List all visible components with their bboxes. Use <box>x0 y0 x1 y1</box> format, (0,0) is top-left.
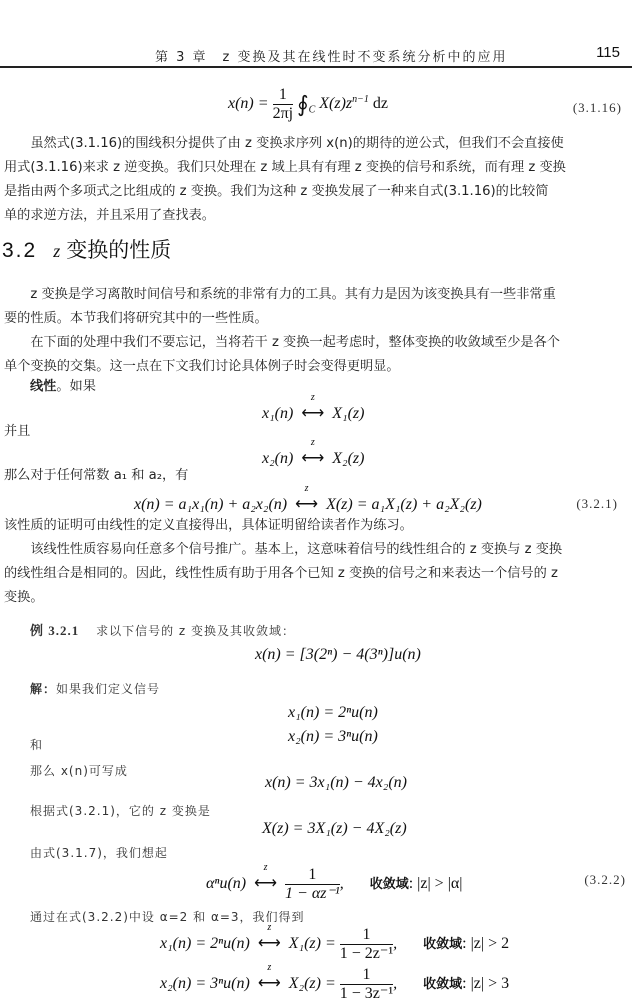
result1-mid: X₁(z) = <box>289 935 340 952</box>
solution-intro-text: 如果我们定义信号 <box>56 682 160 696</box>
recall-text: 由式(3.1.7)，我们想起 <box>30 844 168 861</box>
arrow-z-label: z <box>264 862 268 873</box>
eq-dz: dz <box>369 95 388 112</box>
X-combination: X(z) = 3X₁(z) − 4X₂(z) <box>262 820 407 838</box>
equation-3-2-1: x(n) = a₁x₁(n) + a₂x₂(n) ⟷z X(z) = a₁X₁(… <box>134 494 482 514</box>
solution-intro: 解：如果我们定义信号 <box>30 680 160 697</box>
equation-label-3-2-2: (3.2.2) <box>584 872 626 888</box>
by-eq-text: 根据式(3.2.1)，它的 z 变换是 <box>30 802 211 819</box>
result-1: x₁(n) = 2ⁿu(n) ⟷z X₁(z) = 1 1 − 2z⁻¹ , 收… <box>160 926 509 963</box>
example-signal: x(n) = [3(2ⁿ) − 4(3ⁿ)]u(n) <box>255 646 421 664</box>
solution-label: 解： <box>30 682 56 696</box>
z-transform-arrow-icon: ⟷z <box>295 494 318 514</box>
pair1-rhs: X₁(z) <box>332 405 364 422</box>
paragraph-line: 用式(3.1.16)来求 z 逆变换。我们只处理在 z 域上具有有理 z 变换的… <box>4 156 566 180</box>
running-header-chapter-title: 第 3 章 z 变换及其在线性时不变系统分析中的应用 <box>155 46 508 65</box>
eq-exponent: n−1 <box>352 94 369 105</box>
generalize-paragraph: 该线性性质容易向任意多个信号推广。基本上，这意味着信号的线性组合的 z 变换与 … <box>4 538 562 610</box>
page-number: 115 <box>596 44 620 61</box>
arrow-z-label: z <box>267 922 271 933</box>
roc-label: 收敛域 <box>370 877 409 892</box>
fraction-numerator: 1 <box>273 86 294 105</box>
then-text-2: 那么 x(n)可写成 <box>30 762 128 779</box>
arrow-z-label: z <box>267 962 271 973</box>
pair1-lhs: x₁(n) <box>262 405 293 422</box>
z-transform-arrow-icon: ⟷z <box>254 873 277 893</box>
arrow-z-label: z <box>305 483 309 494</box>
linearity-if: 。如果 <box>56 379 96 394</box>
eq-3-2-1-lhs: x(n) = a₁x₁(n) + a₂x₂(n) <box>134 496 287 513</box>
z-transform-arrow-icon: ⟷z <box>258 973 281 993</box>
paragraph-line: z 变换是学习离散时间信号和系统的非常有力的工具。其有力是因为该变换具有一些非常… <box>4 283 560 307</box>
general-pair-lhs: αⁿu(n) <box>206 875 246 892</box>
fraction-denominator: 1 − αz⁻¹ <box>285 885 340 903</box>
section-number: 3.2 <box>2 239 37 262</box>
then-text: 那么对于任何常数 a₁ 和 a₂，有 <box>4 464 188 488</box>
equation-label-3-2-1: (3.2.1) <box>576 496 618 512</box>
proof-text: 该性质的证明可由线性的定义直接得出，具体证明留给读者作为练习。 <box>4 514 413 538</box>
pair2-lhs: x₂(n) <box>262 450 293 467</box>
equation-label-3-1-16: (3.1.16) <box>573 100 622 116</box>
result2-mid: X₂(z) = <box>289 975 340 992</box>
z-transform-arrow-icon: ⟷z <box>258 933 281 953</box>
section-z: z <box>53 241 60 261</box>
arrow-z-label: z <box>311 392 315 403</box>
pair2-rhs: X₂(z) <box>332 450 364 467</box>
fraction-numerator: 1 <box>340 966 393 985</box>
result1-roc: : |z| > 2 <box>462 935 509 952</box>
header-rule <box>0 66 632 68</box>
eq-3-2-1-rhs: X(z) = a₁X₁(z) + a₂X₂(z) <box>326 496 482 513</box>
pair-2: x₂(n) ⟷z X₂(z) <box>262 448 364 468</box>
fraction-denominator: 1 − 2z⁻¹ <box>340 945 393 963</box>
section-title-text: 变换的性质 <box>66 238 171 262</box>
section-heading: 3.2z变换的性质 <box>2 234 171 264</box>
result2-lhs: x₂(n) = 3ⁿu(n) <box>160 975 250 992</box>
paragraph-line: 要的性质。本节我们将研究其中的一些性质。 <box>4 307 560 331</box>
paragraph-line: 是指由两个多项式之比组成的 z 变换。我们为这种 z 变换发展了一种来自式(3.… <box>4 180 566 204</box>
example-prompt: 求以下信号的 z 变换及其收敛域： <box>96 624 295 638</box>
fraction-denominator: 2πj <box>273 105 294 123</box>
example-heading: 例 3.2.1 求以下信号的 z 变换及其收敛域： <box>30 620 295 639</box>
paragraph-line: 变换。 <box>4 586 562 610</box>
general-pair: αⁿu(n) ⟷z 1 1 − αz⁻¹ , 收敛域: |z| > |α| <box>206 866 462 903</box>
paragraph-line: 该线性性质容易向任意多个信号推广。基本上，这意味着信号的线性组合的 z 变换与 … <box>4 538 562 562</box>
z-transform-arrow-icon: ⟷z <box>301 403 324 423</box>
paragraph-line: 的线性组合是相同的。因此，线性性质有助于用各个已知 z 变换的信号之和来表达一个… <box>4 562 562 586</box>
example-label: 例 3.2.1 <box>30 623 79 638</box>
fraction: 1 2πj <box>273 86 294 123</box>
contour-label: C <box>309 104 316 115</box>
section-intro-paragraphs: z 变换是学习离散时间信号和系统的非常有力的工具。其有力是因为该变换具有一些非常… <box>4 283 560 379</box>
z-transform-arrow-icon: ⟷z <box>301 448 324 468</box>
equation-3-1-16: x(n) = 1 2πj ∮C X(z)zn−1 dz <box>228 86 388 123</box>
and-text: 并且 <box>4 420 30 444</box>
pair-1: x₁(n) ⟷z X₁(z) <box>262 403 364 423</box>
fraction: 1 1 − 2z⁻¹ <box>340 926 393 963</box>
general-roc: : |z| > |α| <box>409 875 463 892</box>
contour-integral-icon: ∮ <box>297 92 308 117</box>
linearity-heading: 线性 <box>30 379 56 394</box>
result1-lhs: x₁(n) = 2ⁿu(n) <box>160 935 250 952</box>
x2-definition: x₂(n) = 3ⁿu(n) <box>288 728 378 746</box>
x-combination: x(n) = 3x₁(n) − 4x₂(n) <box>265 774 407 792</box>
paragraph-line: 虽然式(3.1.16)的围线积分提供了由 z 变换求序列 x(n)的期待的逆公式… <box>4 132 566 156</box>
x1-definition: x₁(n) = 2ⁿu(n) <box>288 704 378 722</box>
roc-label: 收敛域 <box>423 977 462 992</box>
result2-roc: : |z| > 3 <box>462 975 509 992</box>
roc-label: 收敛域 <box>423 937 462 952</box>
linearity-intro: 线性。如果 <box>30 375 96 399</box>
result-2: x₂(n) = 3ⁿu(n) ⟷z X₂(z) = 1 1 − 3z⁻¹ , 收… <box>160 966 509 1003</box>
fraction-numerator: 1 <box>285 866 340 885</box>
fraction-numerator: 1 <box>340 926 393 945</box>
arrow-z-label: z <box>311 437 315 448</box>
setting-text: 通过在式(3.2.2)中设 α=2 和 α=3，我们得到 <box>30 908 305 925</box>
fraction-denominator: 1 − 3z⁻¹ <box>340 985 393 1003</box>
eq-lhs: x(n) = <box>228 95 273 112</box>
and-text-2: 和 <box>30 736 43 753</box>
intro-paragraph: 虽然式(3.1.16)的围线积分提供了由 z 变换求序列 x(n)的期待的逆公式… <box>4 132 566 228</box>
paragraph-line: 在下面的处理中我们不要忘记，当将若干 z 变换一起考虑时，整体变换的收敛域至少是… <box>4 331 560 355</box>
paragraph-line: 单的求逆方法，并且采用了查找表。 <box>4 204 566 228</box>
eq-body: X(z)z <box>319 95 352 112</box>
fraction: 1 1 − αz⁻¹ <box>285 866 340 903</box>
fraction: 1 1 − 3z⁻¹ <box>340 966 393 1003</box>
